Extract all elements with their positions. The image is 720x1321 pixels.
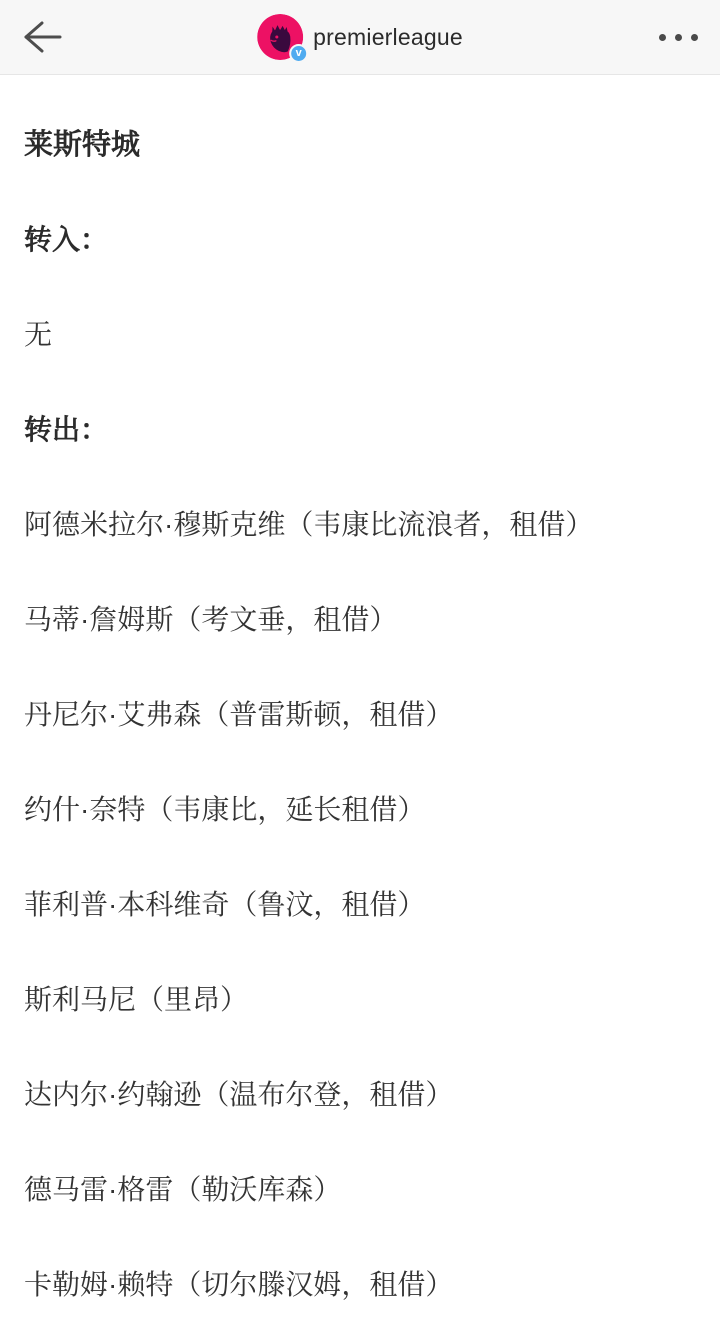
club-title: 莱斯特城 [24, 127, 696, 163]
back-button[interactable] [22, 13, 70, 61]
transfer-out-item: 丹尼尔·艾弗森（普雷斯顿，租借） [24, 697, 696, 733]
verified-badge-icon: v [289, 44, 308, 63]
more-options-icon [659, 34, 666, 41]
top-navigation-bar: v premierleague [0, 0, 720, 75]
back-arrow-icon [22, 21, 62, 53]
more-options-icon [675, 34, 682, 41]
transfers-out-label: 转出： [24, 412, 696, 448]
transfer-out-item: 卡勒姆·赖特（切尔滕汉姆，租借） [24, 1267, 696, 1303]
more-options-button[interactable] [642, 13, 698, 61]
article-body: 莱斯特城 转入： 无 转出： 阿德米拉尔·穆斯克维（韦康比流浪者，租借） 马蒂·… [0, 75, 720, 1303]
transfer-out-item: 阿德米拉尔·穆斯克维（韦康比流浪者，租借） [24, 507, 696, 543]
transfer-out-item: 德马雷·格雷（勒沃库森） [24, 1172, 696, 1208]
account-header[interactable]: v premierleague [257, 14, 463, 60]
avatar: v [257, 14, 303, 60]
transfer-out-item: 约什·奈特（韦康比，延长租借） [24, 792, 696, 828]
transfer-out-item: 达内尔·约翰逊（温布尔登，租借） [24, 1077, 696, 1113]
transfer-out-item: 马蒂·詹姆斯（考文垂，租借） [24, 602, 696, 638]
more-options-icon [691, 34, 698, 41]
transfer-out-item: 菲利普·本科维奇（鲁汶，租借） [24, 887, 696, 923]
transfers-in-label: 转入： [24, 222, 696, 258]
transfers-in-value: 无 [24, 317, 696, 353]
transfer-out-item: 斯利马尼（里昂） [24, 982, 696, 1018]
account-name: premierleague [313, 24, 463, 51]
